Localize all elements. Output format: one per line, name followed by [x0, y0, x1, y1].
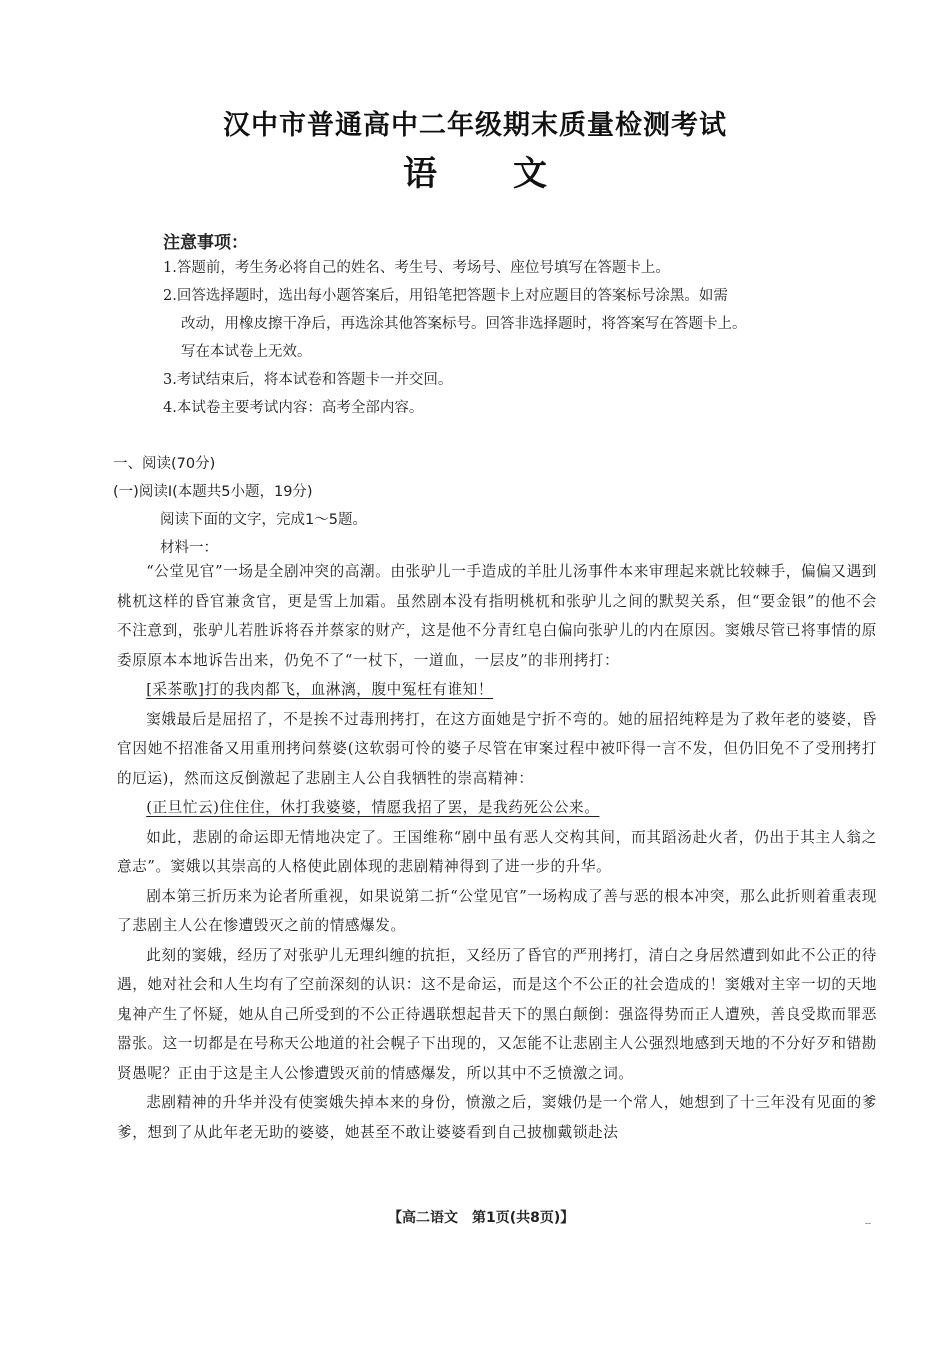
- paragraph: 此刻的窦娥，经历了对张驴儿无理纠缠的抗拒，又经历了昏官的严刑拷打，清白之身居然遭…: [117, 941, 877, 1089]
- paragraph: 窦娥最后是屈招了，不是挨不过毒刑拷打，在这方面她是宁折不弯的。她的屈招纯粹是为了…: [117, 705, 877, 794]
- quote-line: (正旦忙云)住住住，休打我婆婆，情愿我招了罢，是我药死公公来。: [117, 793, 877, 823]
- notice-item-2-cont: 改动，用橡皮擦干净后，再选涂其他答案标号。回答非选择题时，将答案写在答题卡上。: [163, 310, 883, 338]
- notice-item-3: 3.考试结束后，将本试卷和答题卡一并交回。: [163, 366, 883, 394]
- corner-mark: --: [865, 1219, 871, 1229]
- paragraph: “公堂见官”一场是全剧冲突的高潮。由张驴儿一手造成的羊肚儿汤事件本来审理起来就比…: [117, 557, 877, 675]
- exam-title: 汉中市普通高中二年级期末质量检测考试: [0, 103, 950, 142]
- subject-char-1: 语: [403, 146, 437, 195]
- quote-line: [采茶歌]打的我肉都飞，血淋漓，腹中冤枉有谁知！: [117, 675, 877, 705]
- quote-text: [采茶歌]打的我肉都飞，血淋漓，腹中冤枉有谁知！: [146, 681, 493, 698]
- page-footer: 【高二语文 第1页(共8页)】: [388, 1207, 574, 1227]
- notice-item-2: 2.回答选择题时，选出每小题答案后，用铅笔把答题卡上对应题目的答案标号涂黑。如需: [163, 282, 883, 310]
- instruction: 阅读下面的文字，完成1～5题。: [160, 508, 367, 529]
- subject-title: 语文: [0, 146, 950, 195]
- paragraph: 悲剧精神的升华并没有使窦娥失掉本来的身份，愤激之后，窦娥仍是一个常人，她想到了十…: [117, 1088, 877, 1147]
- sub-heading: (一)阅读Ⅰ(本题共5小题，19分): [113, 480, 313, 501]
- part-heading: 一、阅读(70分): [113, 452, 215, 473]
- paragraph: 剧本第三折历来为论者所重视，如果说第二折“公堂见官”一场构成了善与恶的根本冲突，…: [117, 882, 877, 941]
- paragraph: 如此，悲剧的命运即无情地决定了。王国维称“剧中虽有恶人交构其间，而其蹈汤赴火者，…: [117, 823, 877, 882]
- subject-char-2: 文: [513, 146, 547, 195]
- notice-list: 1.答题前，考生务必将自己的姓名、考生号、考场号、座位号填写在答题卡上。 2.回…: [163, 254, 883, 422]
- notice-item-2-cont2: 写在本试卷上无效。: [163, 338, 883, 366]
- notice-item-1: 1.答题前，考生务必将自己的姓名、考生号、考场号、座位号填写在答题卡上。: [163, 254, 883, 282]
- notice-heading: 注意事项：: [163, 228, 248, 253]
- quote-text: (正旦忙云)住住住，休打我婆婆，情愿我招了罢，是我药死公公来。: [146, 799, 599, 816]
- passage: “公堂见官”一场是全剧冲突的高潮。由张驴儿一手造成的羊肚儿汤事件本来审理起来就比…: [117, 557, 877, 1147]
- material-label: 材料一：: [160, 536, 218, 557]
- notice-item-4: 4.本试卷主要考试内容：高考全部内容。: [163, 394, 883, 422]
